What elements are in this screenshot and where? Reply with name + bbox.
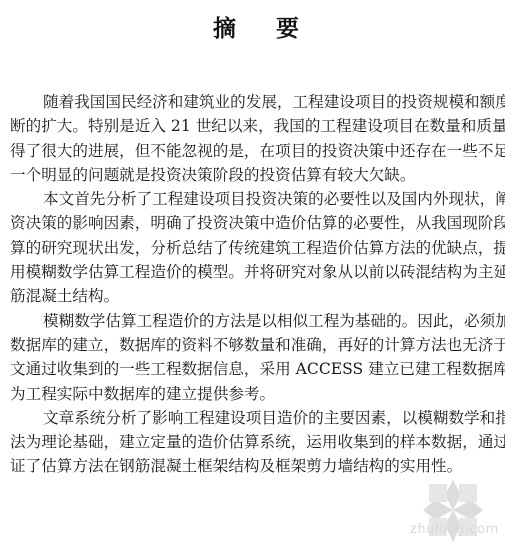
text-line: 得了很大的进展，但不能忽视的是，在项目的投资决策中还存在一些不足，其中 <box>10 139 505 163</box>
text-line: 资决策的影响因素，明确了投资决策中造价估算的必要性，从我国现阶段造价估 <box>10 211 505 235</box>
text-line: 筋混凝土结构。 <box>10 284 505 308</box>
text-line: 为工程实际中数据库的建立提供参考。 <box>10 382 505 406</box>
page-title: 摘要 <box>0 10 512 43</box>
paragraph-2: 本文首先分析了工程建设项目投资决策的必要性以及国内外现状，阐述了投 资决策的影响… <box>10 187 505 308</box>
text-line: 断的扩大。特别是近入 21 世纪以来，我国的工程建设项目在数量和质量上都取 <box>10 114 505 138</box>
watermark-text: zhulong.com <box>410 522 499 537</box>
abstract-body: 随着我国国民经济和建筑业的发展，工程建设项目的投资规模和额度也在不 断的扩大。特… <box>10 90 505 479</box>
zhulong-logo-icon <box>413 460 493 560</box>
text-line: 算的研究现状出发，分析总结了传统建筑工程造价估算方法的优缺点，提出了应 <box>10 236 505 260</box>
text-line: 文通过收集到的一些工程数据信息，采用 ACCESS 建立已建工程数据库，希望能 <box>10 357 505 381</box>
text-line: 一个明显的问题就是投资决策阶段的投资估算有较大欠缺。 <box>10 163 505 187</box>
paragraph-1: 随着我国国民经济和建筑业的发展，工程建设项目的投资规模和额度也在不 断的扩大。特… <box>10 90 505 187</box>
text-line: 数据库的建立，数据库的资料不够数量和准确，再好的计算方法也无济于事。本 <box>10 333 505 357</box>
text-line: 文章系统分析了影响工程建设项目造价的主要因素，以模糊数学和指数平滑 <box>10 406 505 430</box>
paragraph-3: 模糊数学估算工程造价的方法是以相似工程为基础的。因此，必须加强前期 数据库的建立… <box>10 309 505 406</box>
text-line: 随着我国国民经济和建筑业的发展，工程建设项目的投资规模和额度也在不 <box>10 90 505 114</box>
text-line: 法为理论基础，建立定量的造价估算系统，运用收集到的样本数据，通过实例验 <box>10 430 505 454</box>
text-line: 模糊数学估算工程造价的方法是以相似工程为基础的。因此，必须加强前期 <box>10 309 505 333</box>
text-line: 本文首先分析了工程建设项目投资决策的必要性以及国内外现状，阐述了投 <box>10 187 505 211</box>
text-line: 用模糊数学估算工程造价的模型。并将研究对象从以前以砖混结构为主延伸到钢 <box>10 260 505 284</box>
